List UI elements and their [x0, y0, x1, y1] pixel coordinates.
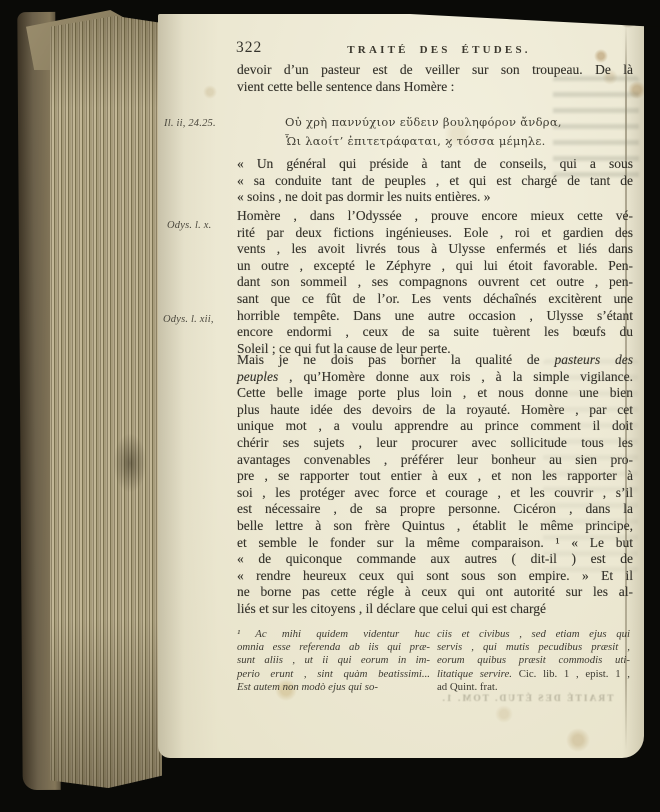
- book-page: 322 TRAITÉ DES ÉTUDES. devoir d’un paste…: [158, 14, 644, 758]
- margin-note-odyssey-xii: Odys. l. xii,: [163, 314, 237, 325]
- scanned-book-photo: 322 TRAITÉ DES ÉTUDES. devoir d’un paste…: [0, 0, 660, 812]
- bleedthrough-smudge-top: [553, 76, 639, 182]
- greek-quotation: Οὐ χρὴ παννύχιον εὕδειν βουληφόρον ἄνδρα…: [285, 113, 585, 150]
- page-stack-fore-edge: [50, 16, 162, 788]
- page-number: 322: [236, 39, 262, 57]
- bleedthrough-title-mirrored: TRAITÉ DES ÉTUD. TOM. 1.: [420, 694, 634, 704]
- paragraph-odyssey: Homère , dans l’Odyssée , prouve encore …: [237, 208, 633, 357]
- margin-note-iliad: Il. ii, 24.25.: [164, 118, 238, 129]
- margin-note-odyssey-x: Odys. l. x.: [167, 220, 241, 231]
- footnote-column-left: ¹ Ac mihi quidem videntur hucomnia esse …: [237, 628, 430, 694]
- footnote-column-right: ciis et civibus , sed etiam ejus quiserv…: [437, 628, 630, 694]
- running-title: TRAITÉ DES ÉTUDES.: [308, 44, 570, 56]
- bleedthrough-smudge-middle: [543, 359, 638, 574]
